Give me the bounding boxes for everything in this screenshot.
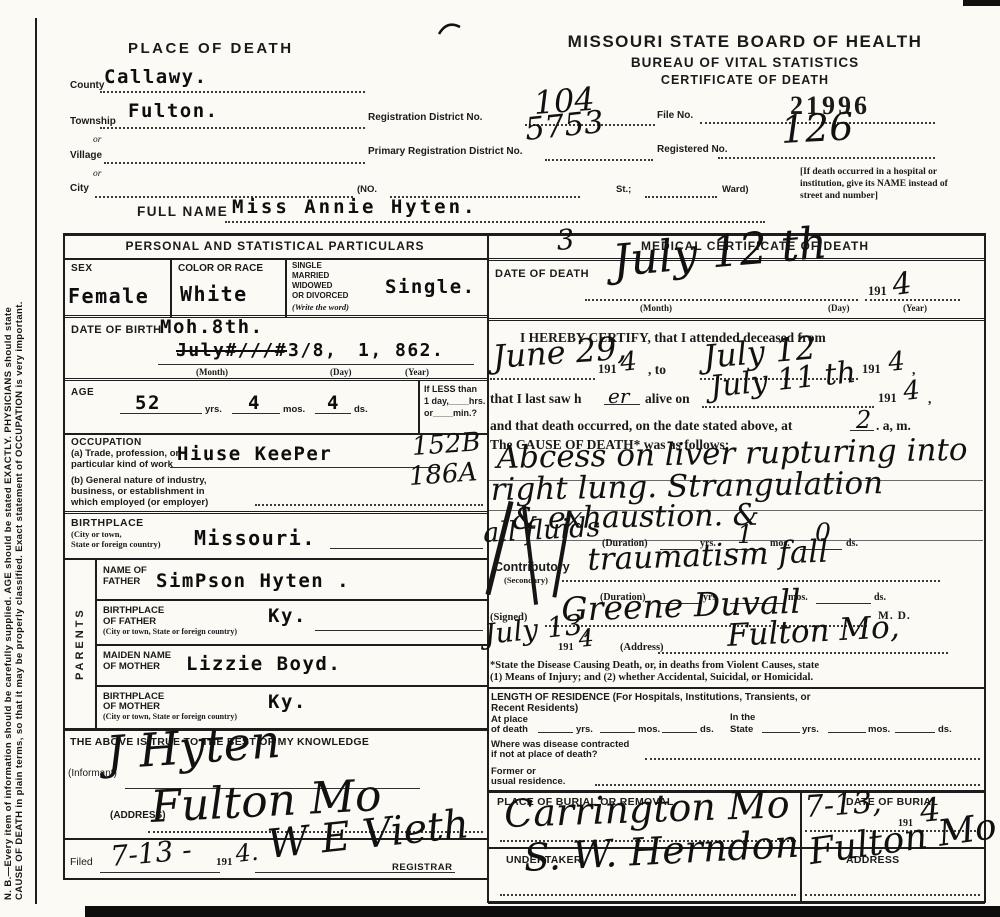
sex-label: SEX [71, 263, 93, 274]
contributory-blank [562, 580, 940, 582]
dob-year-sub: (Year) [405, 367, 429, 377]
dob-year: 1, 862. [358, 340, 444, 361]
father-name-label1: NAME OF [103, 565, 147, 576]
contracted-label2: if not at place of death? [491, 749, 598, 760]
grid-right-border [984, 233, 986, 903]
primary-registration-blank [545, 159, 653, 161]
place-of-death-heading: PLACE OF DEATH [128, 40, 294, 57]
birthplace-sub2: State or foreign country) [71, 539, 161, 549]
age-mos-label: mos. [283, 404, 305, 415]
in-state-yrs-blank [762, 732, 800, 733]
last-saw-blank [702, 406, 874, 408]
physician-address-blank [658, 652, 948, 654]
rule [96, 644, 487, 646]
masthead-bureau: BUREAU OF VITAL STATISTICS [530, 55, 960, 70]
at-place-mos-blank [600, 732, 635, 733]
occ-b-line3: which employed (or employer) [71, 497, 208, 508]
sex-value: Female [68, 284, 149, 308]
birthplace-value: Missouri. [194, 526, 316, 550]
father-bp-blank [315, 630, 483, 631]
masthead-doc: CERTIFICATE OF DEATH [530, 73, 960, 87]
full-name-blank [225, 221, 765, 223]
footnote-line2: (1) Means of Injury; and (2) whether Acc… [490, 672, 813, 683]
pen-mark [437, 18, 463, 38]
filed-year-print: 191 [216, 856, 233, 868]
column-divider [487, 233, 489, 903]
to-label: , to [648, 362, 666, 378]
in-state-ds-label: ds. [938, 724, 952, 735]
margin-note-line2: CAUSE OF DEATH in plain terms, so that i… [14, 30, 25, 900]
if-less-line1: If LESS than [424, 384, 477, 394]
occurred-post: . a, m. [876, 418, 911, 434]
city-st-label: St.; [616, 184, 631, 195]
at-place-ds-label: ds. [700, 724, 714, 735]
color-race-value: White [180, 282, 248, 306]
attended-to-year-print: 191 [862, 362, 881, 377]
grid-top-border [63, 233, 985, 236]
or-label-1: or [93, 135, 101, 145]
mother-name-label1: MAIDEN NAME [103, 650, 171, 661]
city-ward-label: Ward) [722, 184, 749, 195]
attended-from-year-print: 191 [598, 362, 617, 377]
in-state-label2: State [730, 724, 753, 735]
mother-name-value: Lizzie Boyd. [186, 653, 341, 675]
occ-b-code: 186A [408, 457, 478, 492]
age-yrs-label: yrs. [205, 404, 222, 415]
father-bp-sub: (City or town, State or foreign country) [103, 627, 237, 636]
footnote-line1: *State the Disease Causing Death, or, in… [490, 660, 819, 671]
in-state-yrs-label: yrs. [802, 724, 819, 735]
age-label: AGE [71, 387, 94, 398]
occ-a-line1: (a) Trade, profession, or [71, 448, 179, 459]
dob-label: DATE OF BIRTH [71, 324, 162, 336]
last-saw-pre: that I last saw h [490, 391, 582, 407]
grid-left-border [63, 233, 65, 880]
if-less-line3: or____min.? [424, 408, 477, 418]
father-bp-label1: BIRTHPLACE [103, 605, 164, 616]
dob-day: 3/8, [288, 340, 337, 361]
margin-note: N. B.—Every item of information should b… [3, 30, 25, 900]
marital-word-divorced: OR DIVORCED [292, 291, 348, 300]
dob-typed: Moh.8th. [160, 316, 264, 338]
filed-blank [100, 872, 220, 873]
left-column-bottom-border [63, 878, 487, 880]
informant-signature: J Hyten [104, 714, 282, 780]
city-no-label: (NO. [357, 184, 377, 195]
if-less-line2: 1 day,____hrs. [424, 396, 485, 406]
primary-registration-label: Primary Registration District No. [368, 146, 522, 157]
in-state-mos-blank [828, 732, 866, 733]
at-place-ds-blank [662, 732, 697, 733]
date-of-death-label: DATE OF DEATH [495, 268, 589, 280]
dob-month-sub: (Month) [196, 367, 228, 377]
rule-heavy [63, 315, 487, 318]
age-months-blank [232, 413, 280, 414]
birthplace-label: BIRTHPLACE [71, 517, 144, 529]
rule [96, 599, 487, 601]
registrar-label: REGISTRAR [392, 862, 452, 873]
at-place-label2: of death [491, 724, 528, 735]
registration-district-label: Registration District No. [368, 112, 482, 123]
undertaker-address-blank [805, 894, 980, 896]
last-saw-er-blank [604, 404, 640, 405]
registered-no-blank [718, 157, 935, 159]
contributory-value: traumatism fall [587, 534, 829, 578]
dob-blank [158, 364, 474, 365]
village-label: Village [70, 150, 102, 161]
marital-word-single: SINGLE [292, 261, 322, 270]
full-name-label: FULL NAME [137, 204, 228, 219]
age-months: 4 [248, 392, 261, 414]
filed-label: Filed [70, 856, 93, 868]
birthplace-sub1: (City or town, [71, 529, 122, 539]
occurred-pre: and that death occurred, on the date sta… [490, 418, 792, 434]
rule-heavy [488, 318, 985, 321]
township-label: Township [70, 116, 116, 127]
dod-month-sub: (Month) [640, 303, 672, 313]
marital-value: Single. [385, 276, 476, 298]
in-state-label1: In the [730, 712, 755, 723]
margin-note-line1: N. B.—Every item of information should b… [3, 30, 14, 900]
at-place-yrs-label: yrs. [576, 724, 593, 735]
age-years: 52 [135, 392, 161, 414]
mother-bp-value: Ky. [268, 691, 307, 713]
at-place-mos-label: mos. [638, 724, 660, 735]
residence-title-line1: LENGTH OF RESIDENCE (For Hospitals, Inst… [491, 692, 810, 703]
scan-bottom-bar [85, 906, 1000, 917]
at-place-yrs-blank [538, 732, 573, 733]
date-of-death-value: July 12 th [611, 217, 830, 287]
duration2-ds-label: ds. [874, 592, 886, 603]
occ-b-line1: (b) General nature of industry, [71, 475, 206, 486]
full-name-value: Miss Annie Hyten. [232, 196, 477, 218]
personal-section-title: PERSONAL AND STATISTICAL PARTICULARS [63, 239, 487, 253]
city-st-blank [645, 196, 717, 198]
age-days: 4 [327, 392, 340, 414]
rule [63, 258, 487, 260]
primary-registration-value: 5753 [523, 104, 605, 148]
township-blank [100, 127, 365, 129]
occ-b-line2: business, or establishment in [71, 486, 205, 497]
color-race-label: COLOR OR RACE [178, 263, 263, 274]
burial-date-hand: 7-13, [804, 785, 883, 825]
physician-address-value: Fulton Mo, [726, 609, 900, 654]
father-bp-value: Ky. [268, 605, 307, 627]
last-saw-mid: alive on [645, 391, 690, 407]
cell-divider [418, 381, 420, 433]
occupation-value: Hiuse KeePer [177, 443, 332, 465]
filed-date-value: 7-13 - [109, 833, 193, 873]
dob-day-sub: (Day) [330, 367, 352, 377]
duration1-ds-label: ds. [846, 538, 858, 549]
dod-year-print: 191 [868, 284, 887, 299]
county-value: Callawy. [104, 66, 208, 88]
former-label2: usual residence. [491, 776, 565, 787]
dod-day-sub: (Day) [828, 303, 850, 313]
signed-year-hand: 4 [577, 624, 595, 653]
dod-blank [585, 299, 858, 301]
city-label: City [70, 183, 89, 194]
dod-year-hand: 4 [890, 266, 914, 303]
contributory-label: Contributory [494, 560, 570, 574]
mother-name-label2: OF MOTHER [103, 661, 160, 672]
county-label: County [70, 80, 104, 91]
dob-struck: July#///# [176, 340, 287, 361]
parents-divider [95, 558, 97, 728]
last-saw-year-hand: 4 [902, 375, 922, 407]
secondary-label: (Secondary) [504, 575, 548, 585]
attended-to-year-hand: 4 [887, 346, 907, 378]
hospital-note: [If death occurred in a hospital or inst… [800, 166, 972, 202]
attended-from-blank [490, 378, 595, 380]
rule-heavy [63, 378, 487, 381]
rule-heavy [63, 511, 487, 514]
rule [488, 687, 985, 689]
parents-vertical-label: PARENTS [65, 560, 95, 728]
marital-note: (Write the word) [292, 302, 349, 312]
birthplace-blank [330, 548, 483, 549]
father-bp-label2: OF FATHER [103, 616, 156, 627]
cell-divider [170, 258, 172, 318]
or-label-2: or [93, 169, 101, 179]
death-certificate-scan: N. B.—Every item of information should b… [0, 0, 1000, 917]
village-blank [104, 162, 365, 164]
in-state-ds-blank [895, 732, 935, 733]
masthead-org: MISSOURI STATE BOARD OF HEALTH [530, 32, 960, 52]
contracted-blank [645, 758, 980, 760]
marital-word-married: MARRIED [292, 271, 329, 280]
occ-b-blank [255, 504, 483, 506]
registered-no-label: Registered No. [657, 144, 728, 155]
medical-section-number: 3 [555, 223, 576, 257]
comma-print-2: , [928, 391, 931, 407]
filed-year-hand: 4. [234, 838, 260, 868]
rule [96, 685, 487, 687]
marital-word-widowed: WIDOWED [292, 281, 332, 290]
rule [63, 558, 487, 560]
mother-bp-label2: OF MOTHER [103, 701, 160, 712]
last-saw-year-print: 191 [878, 391, 897, 406]
father-name-value: SimPson Hyten . [156, 570, 350, 592]
dod-year-sub: (Year) [903, 303, 927, 313]
attended-from-year-hand: 4 [619, 346, 639, 378]
county-blank [100, 91, 365, 93]
father-name-label2: FATHER [103, 576, 140, 587]
duration2-ds-blank [816, 603, 871, 604]
form-left-edge [35, 18, 37, 904]
signed-year-print: 191 [558, 642, 574, 653]
undertaker-blank [500, 894, 796, 896]
file-no-label: File No. [657, 110, 693, 121]
registered-no-value: 126 [780, 104, 855, 152]
age-days-blank [315, 413, 351, 414]
cell-divider [285, 258, 287, 318]
age-ds-label: ds. [354, 404, 368, 415]
occ-a-blank [170, 467, 438, 468]
right-column-bottom-border [488, 901, 985, 904]
death-time-blank [850, 430, 874, 431]
residence-title-line2: Recent Residents) [491, 703, 578, 714]
dod-year-blank [865, 299, 960, 301]
age-years-blank [120, 413, 202, 414]
scan-artifact [963, 0, 1000, 6]
township-value: Fulton. [128, 100, 219, 122]
occ-a-line2: particular kind of work [71, 459, 173, 470]
occupation-label: OCCUPATION [71, 437, 142, 448]
in-state-mos-label: mos. [868, 724, 890, 735]
